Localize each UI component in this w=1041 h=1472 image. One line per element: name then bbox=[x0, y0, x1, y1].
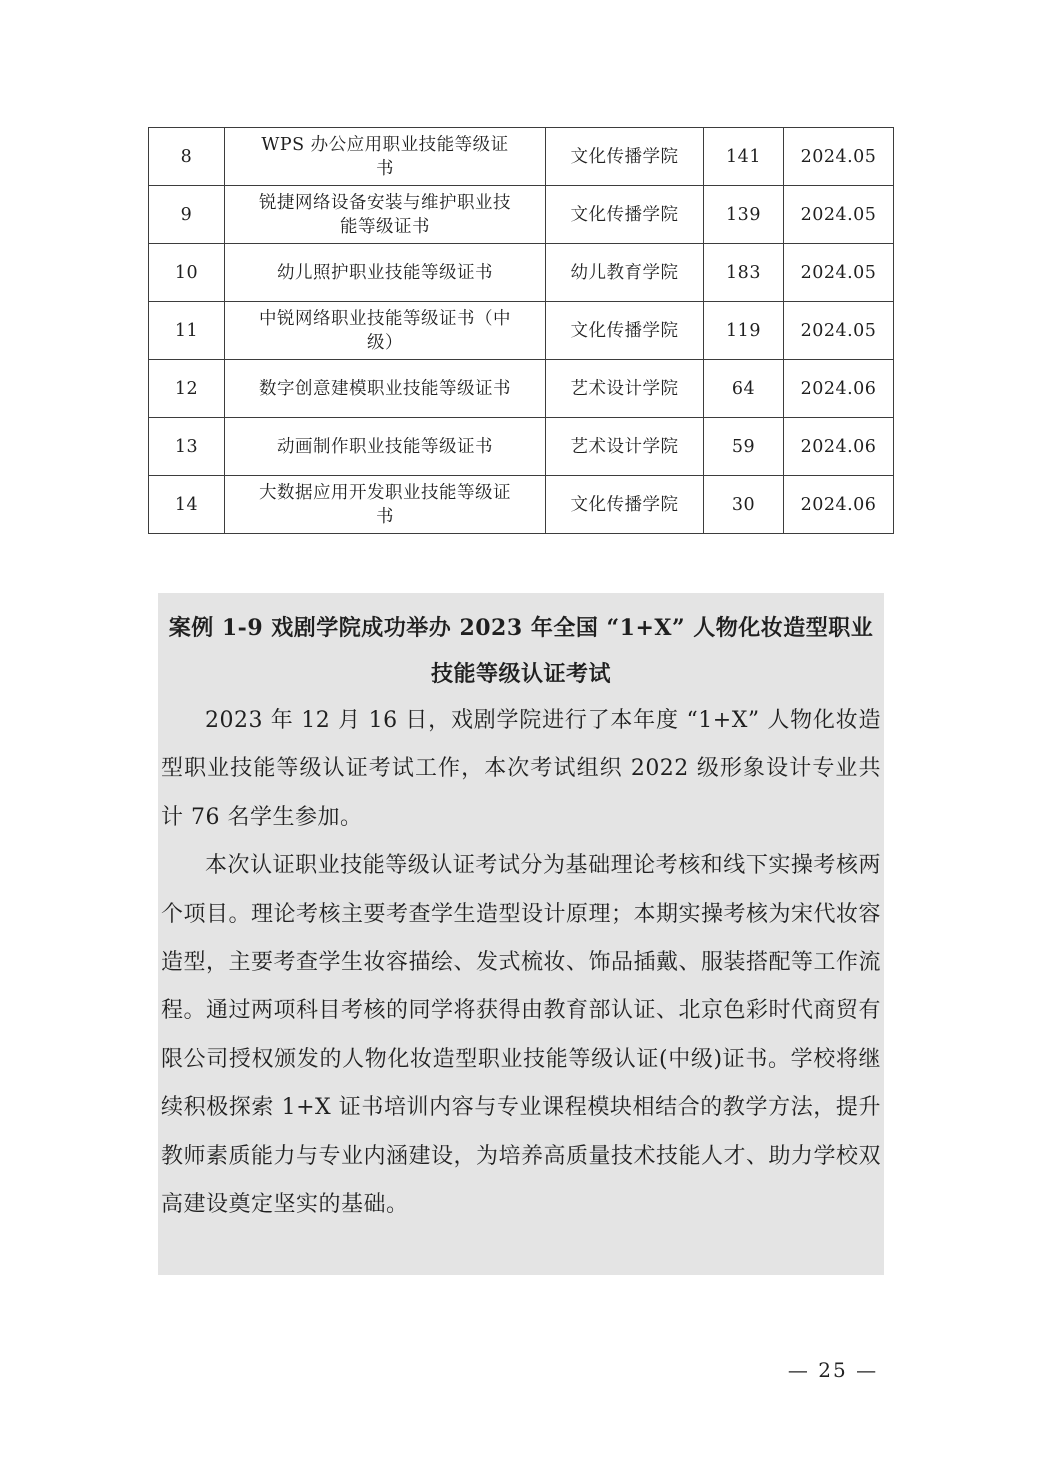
cell-date: 2024.06 bbox=[784, 418, 894, 476]
cell-count: 119 bbox=[704, 302, 784, 360]
cell-certificate-name: 数字创意建模职业技能等级证书 bbox=[225, 360, 546, 418]
cell-row-number: 10 bbox=[149, 244, 225, 302]
cell-certificate-name: 中锐网络职业技能等级证书（中级） bbox=[225, 302, 546, 360]
cell-count: 64 bbox=[704, 360, 784, 418]
table-row: 10 幼儿照护职业技能等级证书 幼儿教育学院 183 2024.05 bbox=[149, 244, 894, 302]
cell-row-number: 9 bbox=[149, 186, 225, 244]
cell-row-number: 14 bbox=[149, 476, 225, 534]
cell-date: 2024.06 bbox=[784, 360, 894, 418]
cell-date: 2024.05 bbox=[784, 128, 894, 186]
certificates-table: 8 WPS 办公应用职业技能等级证书 文化传播学院 141 2024.05 9 … bbox=[148, 127, 894, 534]
table-row: 12 数字创意建模职业技能等级证书 艺术设计学院 64 2024.06 bbox=[149, 360, 894, 418]
cell-certificate-name: WPS 办公应用职业技能等级证书 bbox=[225, 128, 546, 186]
case-study-paragraph: 本次认证职业技能等级认证考试分为基础理论考核和线下实操考核两个项目。理论考核主要… bbox=[161, 842, 881, 1229]
case-study-highlight-box: 案例 1-9 戏剧学院成功举办 2023 年全国 “1+X” 人物化妆造型职业技… bbox=[158, 593, 884, 1275]
case-study-paragraph: 2023 年 12 月 16 日，戏剧学院进行了本年度 “1+X” 人物化妆造型… bbox=[161, 697, 881, 842]
cell-date: 2024.05 bbox=[784, 302, 894, 360]
table-row: 11 中锐网络职业技能等级证书（中级） 文化传播学院 119 2024.05 bbox=[149, 302, 894, 360]
table-row: 13 动画制作职业技能等级证书 艺术设计学院 59 2024.06 bbox=[149, 418, 894, 476]
cell-count: 139 bbox=[704, 186, 784, 244]
table-row: 14 大数据应用开发职业技能等级证书 文化传播学院 30 2024.06 bbox=[149, 476, 894, 534]
table-row: 9 锐捷网络设备安装与维护职业技能等级证书 文化传播学院 139 2024.05 bbox=[149, 186, 894, 244]
cell-count: 59 bbox=[704, 418, 784, 476]
cell-row-number: 12 bbox=[149, 360, 225, 418]
cell-college: 文化传播学院 bbox=[546, 128, 704, 186]
cell-certificate-name: 幼儿照护职业技能等级证书 bbox=[225, 244, 546, 302]
cell-date: 2024.05 bbox=[784, 244, 894, 302]
cell-count: 183 bbox=[704, 244, 784, 302]
cell-college: 文化传播学院 bbox=[546, 186, 704, 244]
document-page: 8 WPS 办公应用职业技能等级证书 文化传播学院 141 2024.05 9 … bbox=[0, 0, 1041, 1472]
cell-certificate-name: 锐捷网络设备安装与维护职业技能等级证书 bbox=[225, 186, 546, 244]
cell-college: 文化传播学院 bbox=[546, 476, 704, 534]
cell-count: 141 bbox=[704, 128, 784, 186]
cell-college: 艺术设计学院 bbox=[546, 418, 704, 476]
cell-certificate-name: 动画制作职业技能等级证书 bbox=[225, 418, 546, 476]
cell-row-number: 13 bbox=[149, 418, 225, 476]
page-number: — 25 — bbox=[733, 1358, 933, 1382]
case-study-title: 案例 1-9 戏剧学院成功举办 2023 年全国 “1+X” 人物化妆造型职业技… bbox=[161, 605, 881, 697]
cell-college: 艺术设计学院 bbox=[546, 360, 704, 418]
cell-count: 30 bbox=[704, 476, 784, 534]
cell-certificate-name: 大数据应用开发职业技能等级证书 bbox=[225, 476, 546, 534]
cell-date: 2024.05 bbox=[784, 186, 894, 244]
cell-college: 文化传播学院 bbox=[546, 302, 704, 360]
cell-date: 2024.06 bbox=[784, 476, 894, 534]
cell-row-number: 8 bbox=[149, 128, 225, 186]
cell-row-number: 11 bbox=[149, 302, 225, 360]
cell-college: 幼儿教育学院 bbox=[546, 244, 704, 302]
table-row: 8 WPS 办公应用职业技能等级证书 文化传播学院 141 2024.05 bbox=[149, 128, 894, 186]
